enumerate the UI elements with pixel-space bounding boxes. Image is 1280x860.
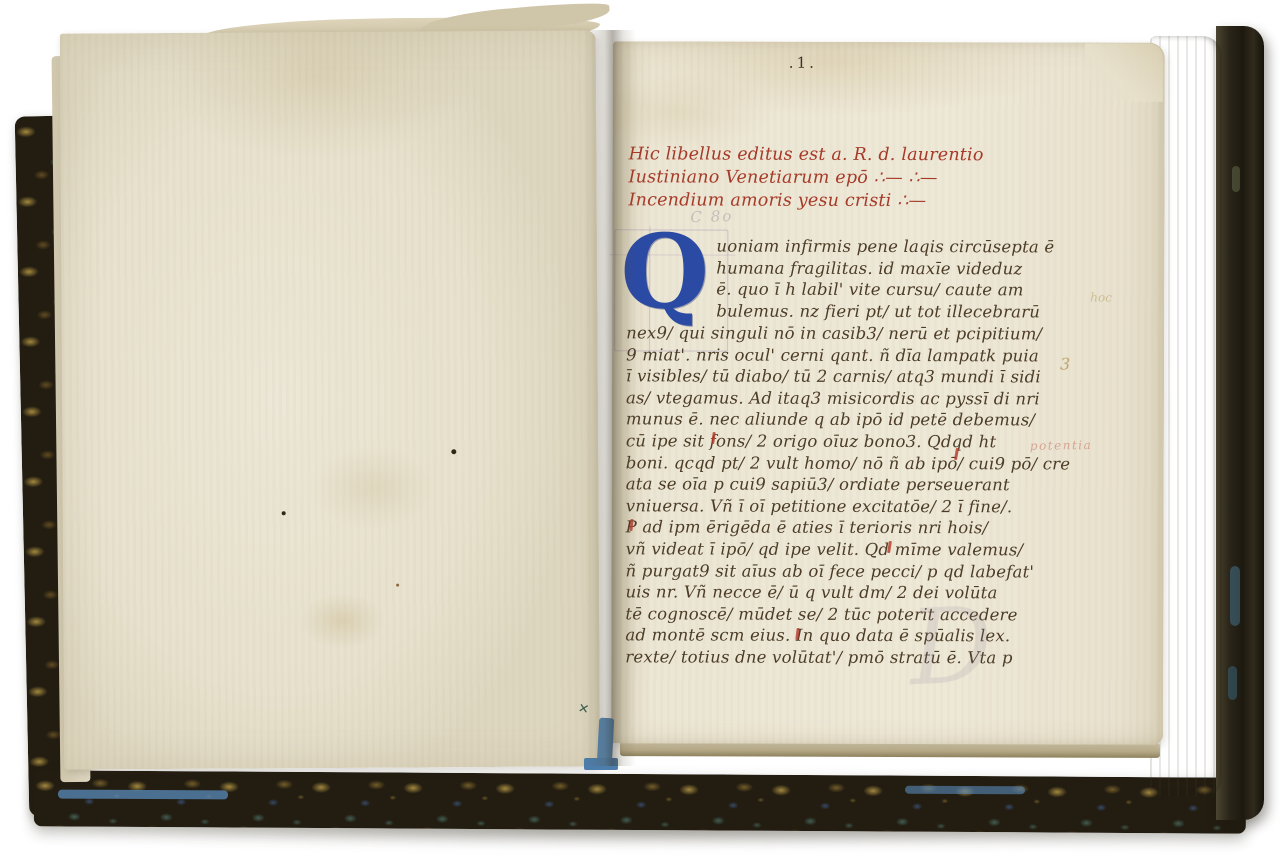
wormhole-speck [282,511,286,515]
endpaper-blue-strip [58,790,228,800]
text-line: vñ videat ī ipō/ qd ipe velit. Qd mīme v… [626,538,1044,561]
text-line: uoniam infirmis pene laqis circūsepta ē [716,236,1068,259]
bottom-cover-marbled-edge [34,770,1246,833]
text-line: ata se oīa p cui9 sapiū3/ ordiate perseu… [626,473,1044,496]
rubric-line: Iustiniano Venetiarum epō ∴— ∴— [629,166,1059,190]
paper-grain [60,30,600,769]
text-line: boni. qcqd pt/ 2 vult homo/ nō ñ ab ipō/… [626,452,1044,475]
text-line: 9 miat'. nris ocul' cerni qant. ñ dīa la… [626,344,1044,367]
left-page-blank-verso [60,30,600,769]
folio-number: .1. [723,54,883,72]
text-line: nex9/ qui singuli nō in casib3/ nerū et … [626,322,1044,345]
right-page-recto: .1. Hic libellus editus est a. R. d. lau… [611,41,1165,744]
text-line: munus ē. nec aliunde q ab ipō id petē de… [626,409,1044,432]
blue-endpaper-fragment [584,758,618,770]
right-cover-edge [1216,26,1264,820]
text-line: ñ purgat9 sit aīus ab oī fece pecci/ p q… [626,560,1044,583]
text-line: P ad ipm ērigēda ē aties ī terioris nri … [626,517,1044,540]
cover-fleck [1232,166,1240,192]
margin-note-hoc: hoc [1090,291,1112,305]
text-line: ī visibles/ tū diabo/ tū 2 carnis/ atq3 … [626,366,1044,389]
text-line: bulemus. nz fieri pt/ ut tot illecebrarū [716,300,1068,323]
cover-fleck [1228,666,1237,700]
text-line: as/ vtegamus. Ad itaq3 misicordis ac pys… [626,387,1044,410]
manuscript-photo: st .1. Hic libellus editus est a. R. d. … [0,0,1280,860]
wormhole-speck [451,449,456,454]
text-line: cū ipe sit fons/ 2 origo oīuz bono3. Qdq… [626,430,1044,453]
rubric-block: Hic libellus editus est a. R. d. laurent… [628,143,1058,213]
margin-note-potentia: potentia [1030,438,1093,453]
margin-note-number: 3 [1060,354,1070,373]
illuminated-initial-q: Q [620,221,709,323]
cover-fleck [1230,566,1240,626]
text-block-beside-initial: uoniam infirmis pene laqis circūsepta ē … [716,236,1068,323]
endpaper-blue-strip [905,786,1025,795]
text-line: humana fragilitas. id maxīe videduz [716,257,1068,280]
rubric-line: Hic libellus editus est a. R. d. laurent… [629,143,1059,167]
text-line: ē. quo ī h labil' vite cursu/ caute am [716,279,1068,302]
stain-speck [396,584,399,587]
show-through-initial-d: D [907,592,995,700]
text-line: vniuersa. Vñ ī oī petitione excitatōe/ 2… [626,495,1044,518]
